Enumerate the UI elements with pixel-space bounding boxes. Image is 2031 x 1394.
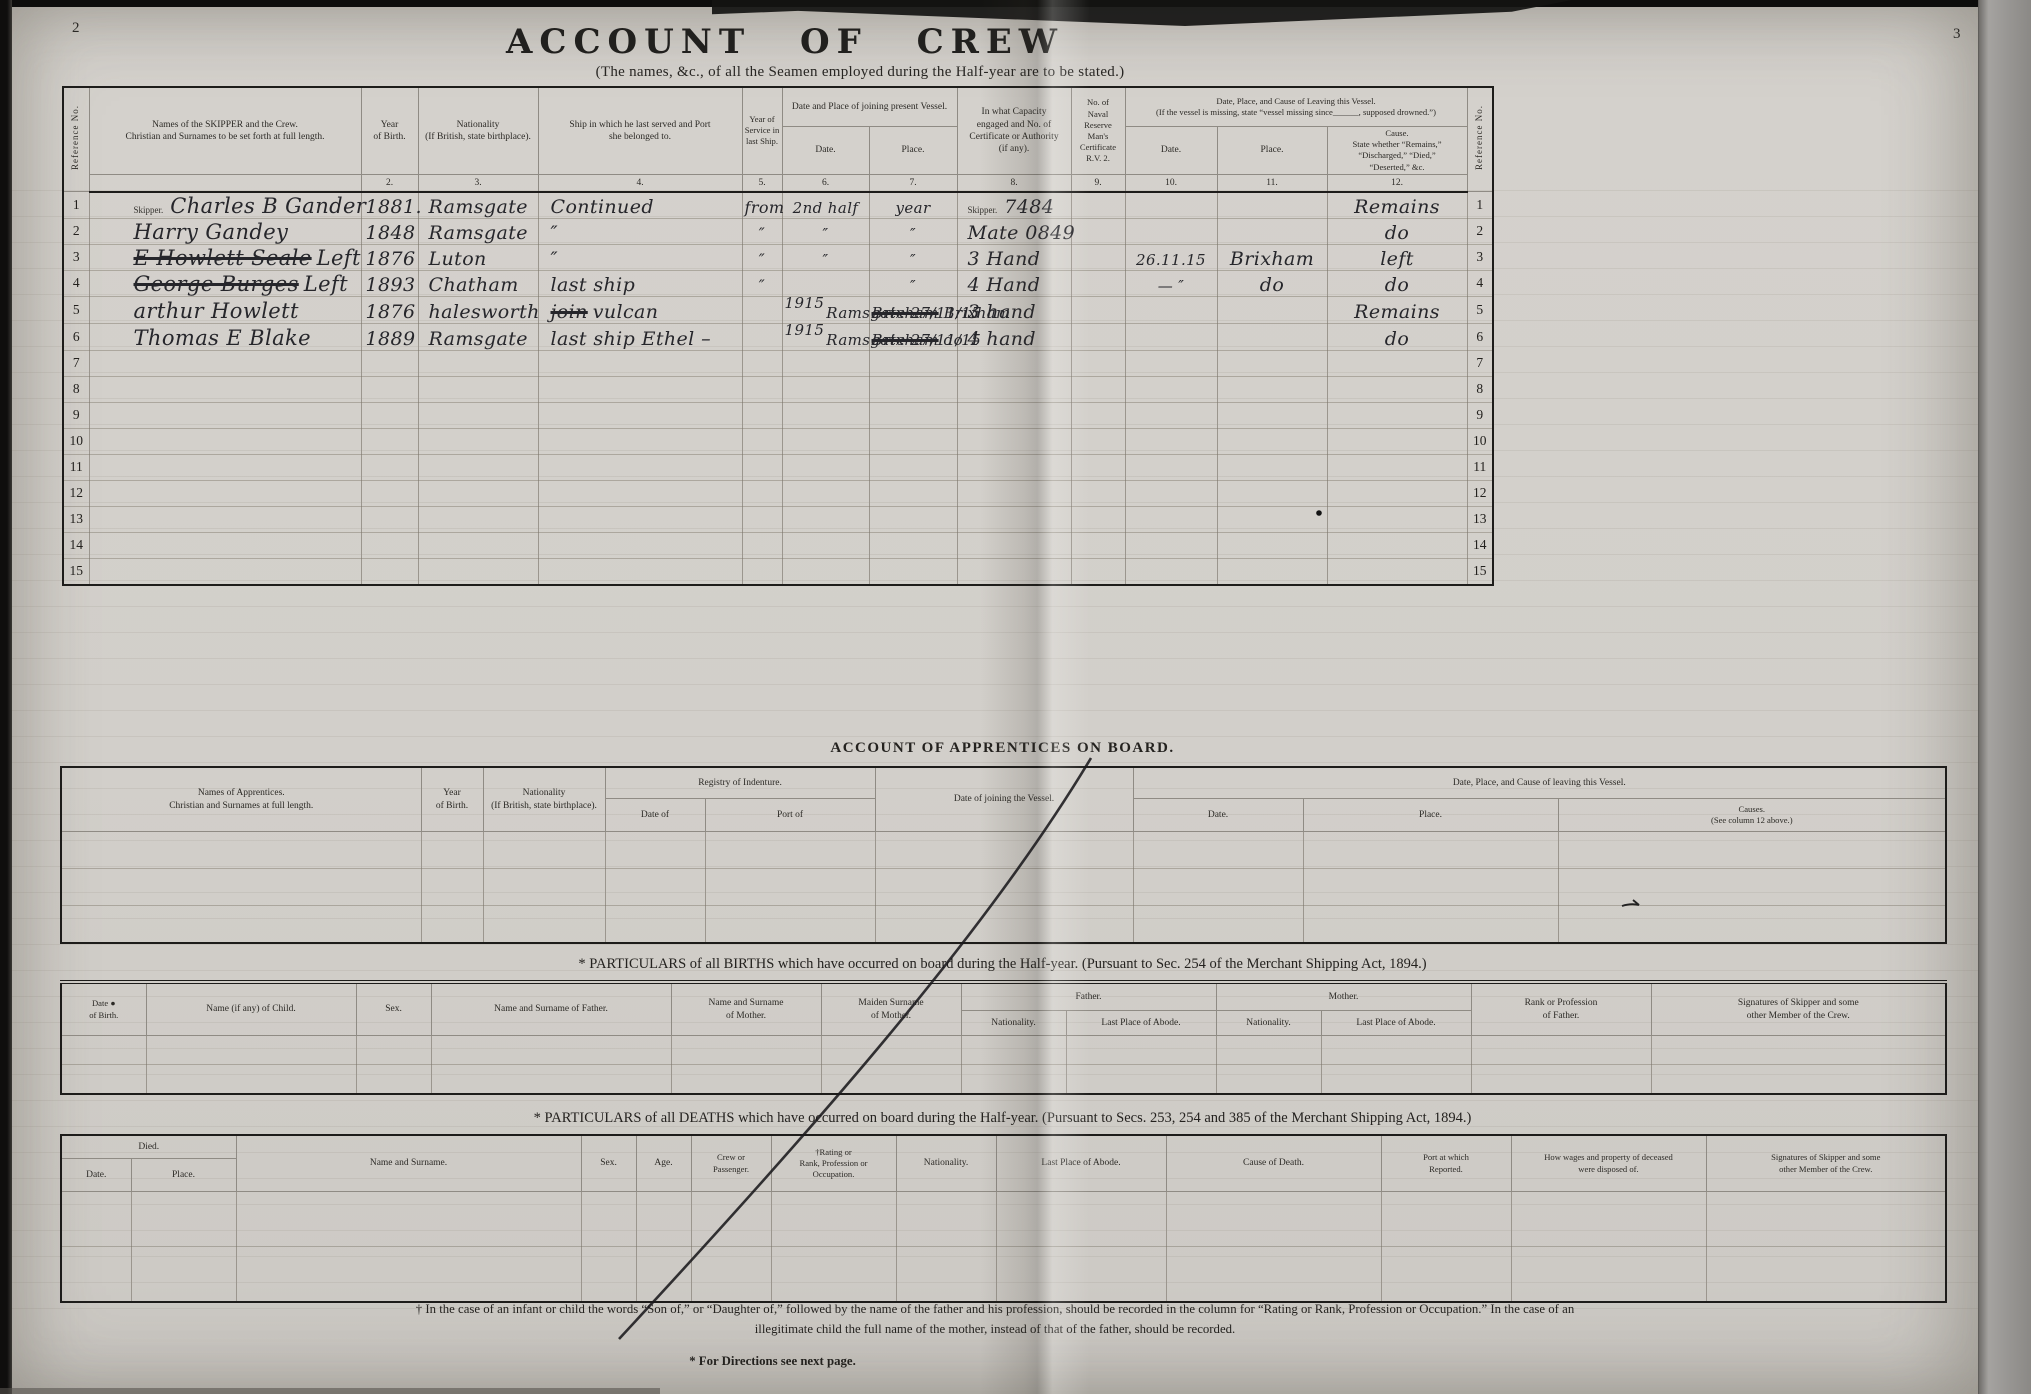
crew-num-11: 11. (1217, 174, 1327, 192)
scan-edge-bottom (0, 1388, 660, 1394)
crew-cell-year: 1881. (361, 192, 418, 219)
crew-cell-empty (1071, 270, 1125, 296)
crew-cell-year: 1889 (361, 323, 418, 350)
empty-cell (605, 832, 705, 869)
empty-row (61, 1036, 1946, 1065)
crew-row-reference: 13 (1467, 506, 1493, 532)
births-header-row-1: Date ● of Birth. Name (if any) of Child.… (61, 982, 1946, 1011)
crew-cell-empty (418, 532, 538, 558)
crew-cell-empty (782, 270, 869, 296)
crew-cell-empty (1217, 532, 1327, 558)
crew-row-reference: 4 (63, 270, 89, 296)
crew-row-reference: 1 (63, 192, 89, 219)
empty-cell (1706, 1192, 1946, 1247)
crew-cell-empty (957, 558, 1071, 585)
empty-cell (61, 1036, 146, 1065)
crew-cell-empty (89, 402, 361, 428)
crew-row-reference: 8 (63, 376, 89, 402)
crew-cell-empty (538, 480, 742, 506)
crew-cell-year: 1848 (361, 218, 418, 244)
crew-cell-empty (742, 350, 782, 376)
empty-cell (636, 1192, 691, 1247)
empty-cell (671, 1065, 821, 1095)
crew-cell-empty (361, 350, 418, 376)
handwriting: 3 hand (968, 301, 1037, 323)
empty-cell (131, 1247, 236, 1303)
deaths-title: * PARTICULARS of all DEATHS which have o… (60, 1110, 1945, 1127)
crew-cell-empty (1327, 454, 1467, 480)
empty-cell (671, 1036, 821, 1065)
crew-cell-lp: do (1217, 270, 1327, 296)
scanned-ledger-spread: 2 3 ACCOUNT OF CREW (The names, &c., of … (0, 0, 2031, 1394)
crew-cell-cause: Remains (1327, 192, 1467, 219)
crew-cell-cap: 4 hand (957, 323, 1071, 350)
empty-cell (61, 906, 421, 944)
crew-cell-empty (1217, 428, 1327, 454)
struck-handwriting: join (551, 301, 588, 323)
crew-row: 2Harry Gandey1848Ramsgate″″″″Mate 0849do… (63, 218, 1493, 244)
crew-cell-empty (869, 376, 957, 402)
crew-cell-nat: Ramsgate (418, 218, 538, 244)
crew-col-nationality: Nationality (If British, state birthplac… (418, 87, 538, 174)
crew-cell-empty (957, 428, 1071, 454)
empty-cell (431, 1036, 671, 1065)
crew-cell-empty (418, 558, 538, 585)
crew-row: 1111 (63, 454, 1493, 480)
empty-row (61, 906, 1946, 944)
deaths-col-cause: Cause of Death. (1166, 1135, 1381, 1192)
empty-cell (61, 869, 421, 906)
crew-cell-empty (782, 350, 869, 376)
crew-cell-empty (1327, 558, 1467, 585)
crew-cell-empty (89, 506, 361, 532)
crew-col-year: Year of Birth. (361, 87, 418, 174)
crew-row-reference: 14 (63, 532, 89, 558)
crew-cell-empty (89, 428, 361, 454)
crew-cell-cause: do (1327, 323, 1467, 350)
crew-cell-empty (1071, 454, 1125, 480)
births-col-child: Name (if any) of Child. (146, 982, 356, 1036)
crew-row-reference: 5 (1467, 296, 1493, 323)
deaths-table-body (61, 1192, 1946, 1303)
deaths-header-row-1: Died. Name and Surname. Sex. Age. Crew o… (61, 1135, 1946, 1159)
crew-cell-empty (1071, 558, 1125, 585)
handwriting: Remains (1354, 301, 1440, 323)
crew-cell-empty (1071, 244, 1125, 270)
crew-row-reference: 12 (63, 480, 89, 506)
births-col-mother-name: Name and Surname of Mother. (671, 982, 821, 1036)
empty-cell (1216, 1065, 1321, 1095)
empty-cell (771, 1192, 896, 1247)
appr-col-joining: Date of joining the Vessel. (875, 767, 1133, 832)
crew-row: 5arthur Howlett1876halesworthjoinvulcan1… (63, 296, 1493, 323)
crew-cell-nat: Luton (418, 244, 538, 270)
handwriting: ″ (910, 225, 916, 243)
crew-col-service: Year of Service in last Ship. (742, 87, 782, 174)
crew-cell-empty (742, 323, 782, 350)
empty-cell (636, 1247, 691, 1303)
crew-cell-empty (361, 376, 418, 402)
empty-cell (146, 1036, 356, 1065)
empty-cell (605, 869, 705, 906)
crew-row-reference: 3 (63, 244, 89, 270)
appr-col-leave-causes: Causes. (See column 12 above.) (1558, 799, 1946, 832)
crew-cell-empty (742, 532, 782, 558)
struck-handwriting: Brixham (872, 331, 939, 349)
births-col-mother-nationality: Nationality. (1216, 1011, 1321, 1036)
empty-cell (961, 1036, 1066, 1065)
handwriting: Left (317, 246, 361, 270)
empty-cell (1321, 1065, 1471, 1095)
crew-cell-empty (1071, 192, 1125, 219)
crew-cell-name: arthur Howlett (89, 296, 361, 323)
crew-cell-empty (1217, 376, 1327, 402)
crew-cell-year: 1893 (361, 270, 418, 296)
crew-row-reference: 10 (63, 428, 89, 454)
crew-cell-ship: ″ (538, 218, 742, 244)
empty-cell (1558, 869, 1946, 906)
crew-cell-empty (742, 296, 782, 323)
scan-edge-right (1978, 0, 2031, 1394)
crew-row-reference: 13 (63, 506, 89, 532)
handwriting: ″ (910, 251, 916, 269)
crew-cell-jp: Brixhamdo. (869, 323, 957, 350)
crew-cell-empty (538, 532, 742, 558)
empty-cell (1133, 906, 1303, 944)
empty-cell (771, 1247, 896, 1303)
crew-row-reference: 5 (63, 296, 89, 323)
crew-cell-empty (361, 480, 418, 506)
crew-col-join-place: Place. (869, 127, 957, 175)
superscript-handwriting: 1915 (785, 294, 825, 312)
births-col-rank: Rank or Profession of Father. (1471, 982, 1651, 1036)
crew-cell-empty (1125, 323, 1217, 350)
crew-cell-empty (418, 402, 538, 428)
handwriting: 1848 (366, 222, 416, 244)
empty-cell (431, 1065, 671, 1095)
crew-cell-empty (1217, 402, 1327, 428)
empty-cell (1133, 869, 1303, 906)
births-title: * PARTICULARS of all BIRTHS which have o… (60, 956, 1945, 973)
crew-col-leave-cause: Cause. State whether “Remains,” “Dischar… (1327, 127, 1467, 175)
handwriting: last ship (551, 274, 636, 296)
struck-handwriting: E Howlett Seale (134, 246, 312, 270)
crew-col-reference-left: Reference No. (63, 87, 89, 192)
births-col-signatures: Signatures of Skipper and some other Mem… (1651, 982, 1946, 1036)
handwriting: ″ (759, 276, 765, 295)
crew-cell-empty (1071, 480, 1125, 506)
births-col-mother-abode: Last Place of Abode. (1321, 1011, 1471, 1036)
crew-cell-empty (742, 506, 782, 532)
crew-row-reference: 9 (63, 402, 89, 428)
crew-cell-cause: left (1327, 244, 1467, 270)
crew-cell-empty (957, 350, 1071, 376)
empty-cell (1381, 1247, 1511, 1303)
crew-cell-empty (1071, 323, 1125, 350)
empty-cell (421, 906, 483, 944)
crew-col-reference-right: Reference No. (1467, 87, 1493, 192)
appr-col-leaving-group: Date, Place, and Cause of leaving this V… (1133, 767, 1946, 799)
handwriting: Continued (551, 196, 654, 218)
handwriting: Luton (429, 248, 487, 270)
crew-cell-empty (538, 428, 742, 454)
empty-cell (705, 869, 875, 906)
crew-row-reference: 10 (1467, 428, 1493, 454)
crew-cell-empty (742, 402, 782, 428)
crew-cell-ship: ″ (538, 244, 742, 270)
empty-cell (821, 1065, 961, 1095)
crew-col-leaving-group: Date, Place, and Cause of Leaving this V… (1125, 87, 1467, 127)
crew-cell-cause: do (1327, 218, 1467, 244)
crew-cell-empty (782, 428, 869, 454)
crew-cell-empty (1217, 218, 1327, 244)
crew-cell-empty (1217, 558, 1327, 585)
deaths-col-age: Age. (636, 1135, 691, 1192)
crew-cell-empty (538, 454, 742, 480)
crew-cell-empty (1125, 558, 1217, 585)
empty-cell (875, 906, 1133, 944)
appr-col-indenture-date: Date of (605, 799, 705, 832)
crew-cell-ship: joinvulcan (538, 296, 742, 323)
crew-cell-empty (742, 376, 782, 402)
empty-cell (61, 1247, 131, 1303)
crew-cell-empty (1327, 350, 1467, 376)
births-table: Date ● of Birth. Name (if any) of Child.… (60, 980, 1947, 1095)
crew-cell-empty (418, 350, 538, 376)
handwriting: vulcan (593, 301, 659, 323)
crew-cell-empty (89, 454, 361, 480)
crew-table-body: 1Skipper.Charles B Gander1881.RamsgateCo… (63, 192, 1493, 585)
deaths-col-died-group: Died. (61, 1135, 236, 1159)
empty-cell (821, 1036, 961, 1065)
apprentices-title: ACCOUNT OF APPRENTICES ON BOARD. (60, 740, 1945, 757)
crew-cell-empty (869, 480, 957, 506)
crew-cell-empty (1217, 506, 1327, 532)
crew-cell-jd: ″ (782, 218, 869, 244)
crew-cell-empty (957, 376, 1071, 402)
crew-cell-name: Skipper.Charles B Gander (89, 192, 361, 219)
empty-cell (1303, 832, 1558, 869)
crew-cell-empty (782, 376, 869, 402)
apprentices-header-row-1: Names of Apprentices. Christian and Surn… (61, 767, 1946, 799)
directions-note: * For Directions see next page. (0, 1354, 1545, 1369)
crew-cell-empty (1327, 402, 1467, 428)
crew-cell-empty (782, 454, 869, 480)
crew-cell-ld: 26.11.15 (1125, 244, 1217, 270)
crew-header-row-1: Reference No. Names of the SKIPPER and t… (63, 87, 1493, 127)
deaths-col-crew: Crew or Passenger. (691, 1135, 771, 1192)
crew-cell-lp: Brixham (1217, 244, 1327, 270)
empty-cell (1166, 1247, 1381, 1303)
handwriting: 26.11.15 (1136, 251, 1206, 269)
handwriting: ″ (551, 248, 559, 270)
empty-cell (1651, 1065, 1946, 1095)
crew-cell-empty (1125, 454, 1217, 480)
crew-cell-empty (742, 454, 782, 480)
handwriting: Ramsgate (429, 328, 528, 350)
crew-cell-empty (1125, 376, 1217, 402)
empty-cell (1706, 1247, 1946, 1303)
crew-cell-empty (1217, 323, 1327, 350)
crew-row: 1010 (63, 428, 1493, 454)
handwriting: from (745, 198, 785, 217)
crew-num-5: 5. (742, 174, 782, 192)
crew-cell-name: Thomas E Blake (89, 323, 361, 350)
empty-cell (131, 1192, 236, 1247)
crew-cell-year: 1876 (361, 244, 418, 270)
empty-row (61, 869, 1946, 906)
crew-cell-empty (1071, 402, 1125, 428)
empty-cell (1066, 1036, 1216, 1065)
deaths-col-signatures: Signatures of Skipper and some other Mem… (1706, 1135, 1946, 1192)
handwriting: Mate 0849 (968, 222, 1076, 244)
deaths-col-abode: Last Place of Abode. (996, 1135, 1166, 1192)
crew-cell-empty (1071, 376, 1125, 402)
footnote: † In the case of an infant or child the … (70, 1300, 1920, 1340)
handwriting: do (1385, 328, 1409, 350)
appr-col-leave-date: Date. (1133, 799, 1303, 832)
crew-cell-nat: Chatham (418, 270, 538, 296)
empty-row (61, 1065, 1946, 1095)
crew-cell-empty (89, 532, 361, 558)
empty-row (61, 1247, 1946, 1303)
crew-row-reference: 11 (63, 454, 89, 480)
handwriting: do (1385, 274, 1409, 296)
crew-cell-cause: Remains (1327, 296, 1467, 323)
crew-col-joining-group: Date and Place of joining present Vessel… (782, 87, 957, 127)
crew-cell-svc: ″ (742, 218, 782, 244)
crew-cell-nat: Ramsgate (418, 323, 538, 350)
handwriting: last ship Ethel – (551, 328, 712, 350)
crew-cell-empty (1327, 532, 1467, 558)
crew-cell-cap: Skipper.7484 (957, 192, 1071, 219)
crew-cell-jd: 1915Ramsgate 27/11/15 (782, 296, 869, 323)
births-col-father-nationality: Nationality. (961, 1011, 1066, 1036)
births-col-sex: Sex. (356, 982, 431, 1036)
crew-cell-empty (782, 532, 869, 558)
empty-cell (1216, 1036, 1321, 1065)
superscript-handwriting: 1915 (785, 321, 825, 339)
crew-cell-empty (361, 532, 418, 558)
crew-cell-empty (538, 402, 742, 428)
crew-cell-empty (1071, 350, 1125, 376)
crew-cell-name: George BurgesLeft (89, 270, 361, 296)
crew-cell-empty (418, 480, 538, 506)
handwriting: 2nd half (793, 199, 859, 217)
crew-row-reference: 3 (1467, 244, 1493, 270)
crew-cell-empty (89, 558, 361, 585)
handwriting: 1876 (366, 248, 416, 270)
handwriting: 1876 (366, 301, 416, 323)
crew-cell-empty (957, 480, 1071, 506)
empty-cell (1303, 906, 1558, 944)
empty-cell (705, 832, 875, 869)
crew-num-9: 9. (1071, 174, 1125, 192)
crew-row-reference: 6 (63, 323, 89, 350)
appr-col-registry-group: Registry of Indenture. (605, 767, 875, 799)
empty-cell (236, 1192, 581, 1247)
crew-row: 4George BurgesLeft1893Chathamlast ship″″… (63, 270, 1493, 296)
crew-cell-empty (361, 454, 418, 480)
empty-cell (875, 869, 1133, 906)
crew-cell-empty (742, 480, 782, 506)
births-col-father-abode: Last Place of Abode. (1066, 1011, 1216, 1036)
empty-cell (236, 1247, 581, 1303)
handwriting: 7484 (1004, 196, 1054, 218)
empty-cell (996, 1247, 1166, 1303)
deaths-table: Died. Name and Surname. Sex. Age. Crew o… (60, 1134, 1947, 1303)
handwriting: left (1380, 248, 1414, 270)
crew-num-10: 10. (1125, 174, 1217, 192)
crew-cell-nat: halesworth (418, 296, 538, 323)
handwriting: 3 Hand (968, 248, 1041, 270)
handwriting: Charles B Gander (170, 194, 366, 218)
page-number-right: 3 (1953, 26, 1961, 43)
crew-cell-empty (89, 350, 361, 376)
appr-col-year: Year of Birth. (421, 767, 483, 832)
crew-cell-empty (1125, 402, 1217, 428)
crew-row: 3E Howlett SealeLeft1876Luton″″″″3 Hand2… (63, 244, 1493, 270)
crew-cell-jd: ″ (782, 244, 869, 270)
crew-cell-name: E Howlett SealeLeft (89, 244, 361, 270)
handwriting: do (1385, 222, 1409, 244)
handwriting: Chatham (429, 274, 519, 296)
crew-num-3: 3. (418, 174, 538, 192)
crew-cell-empty (869, 532, 957, 558)
crew-cell-jp: ″ (869, 270, 957, 296)
crew-cell-empty (1125, 428, 1217, 454)
crew-cell-empty (869, 558, 957, 585)
crew-row-reference: 4 (1467, 270, 1493, 296)
crew-cell-empty (1327, 480, 1467, 506)
handwriting: Brixham (1230, 248, 1314, 270)
handwriting: Ramsgate (429, 222, 528, 244)
empty-cell (421, 869, 483, 906)
empty-cell (1471, 1065, 1651, 1095)
crew-cell-year: 1876 (361, 296, 418, 323)
printed-prefix: Skipper. (134, 205, 164, 215)
empty-cell (61, 1065, 146, 1095)
crew-cell-empty (1071, 532, 1125, 558)
crew-cell-empty (1071, 428, 1125, 454)
crew-cell-empty (1125, 506, 1217, 532)
crew-cell-empty (1217, 296, 1327, 323)
crew-cell-empty (742, 428, 782, 454)
crew-cell-empty (1327, 428, 1467, 454)
crew-cell-empty (1125, 192, 1217, 219)
empty-cell (1166, 1192, 1381, 1247)
empty-cell (356, 1036, 431, 1065)
deaths-col-rating: †Rating or Rank, Profession or Occupatio… (771, 1135, 896, 1192)
empty-cell (421, 832, 483, 869)
crew-cell-cap: 4 Hand (957, 270, 1071, 296)
crew-cell-empty (957, 454, 1071, 480)
handwriting: halesworth (429, 301, 540, 323)
printed-prefix: Skipper. (968, 205, 998, 215)
struck-handwriting: George Burges (134, 272, 299, 296)
births-col-father-name: Name and Surname of Father. (431, 982, 671, 1036)
crew-cell-empty (538, 376, 742, 402)
deaths-col-sex: Sex. (581, 1135, 636, 1192)
empty-cell (1381, 1192, 1511, 1247)
crew-cell-empty (361, 558, 418, 585)
crew-row-reference: 1 (1467, 192, 1493, 219)
empty-cell (61, 1192, 131, 1247)
empty-cell (1511, 1192, 1706, 1247)
crew-num-12: 12. (1327, 174, 1467, 192)
crew-row-reference: 9 (1467, 402, 1493, 428)
crew-row: 1Skipper.Charles B Gander1881.RamsgateCo… (63, 192, 1493, 219)
